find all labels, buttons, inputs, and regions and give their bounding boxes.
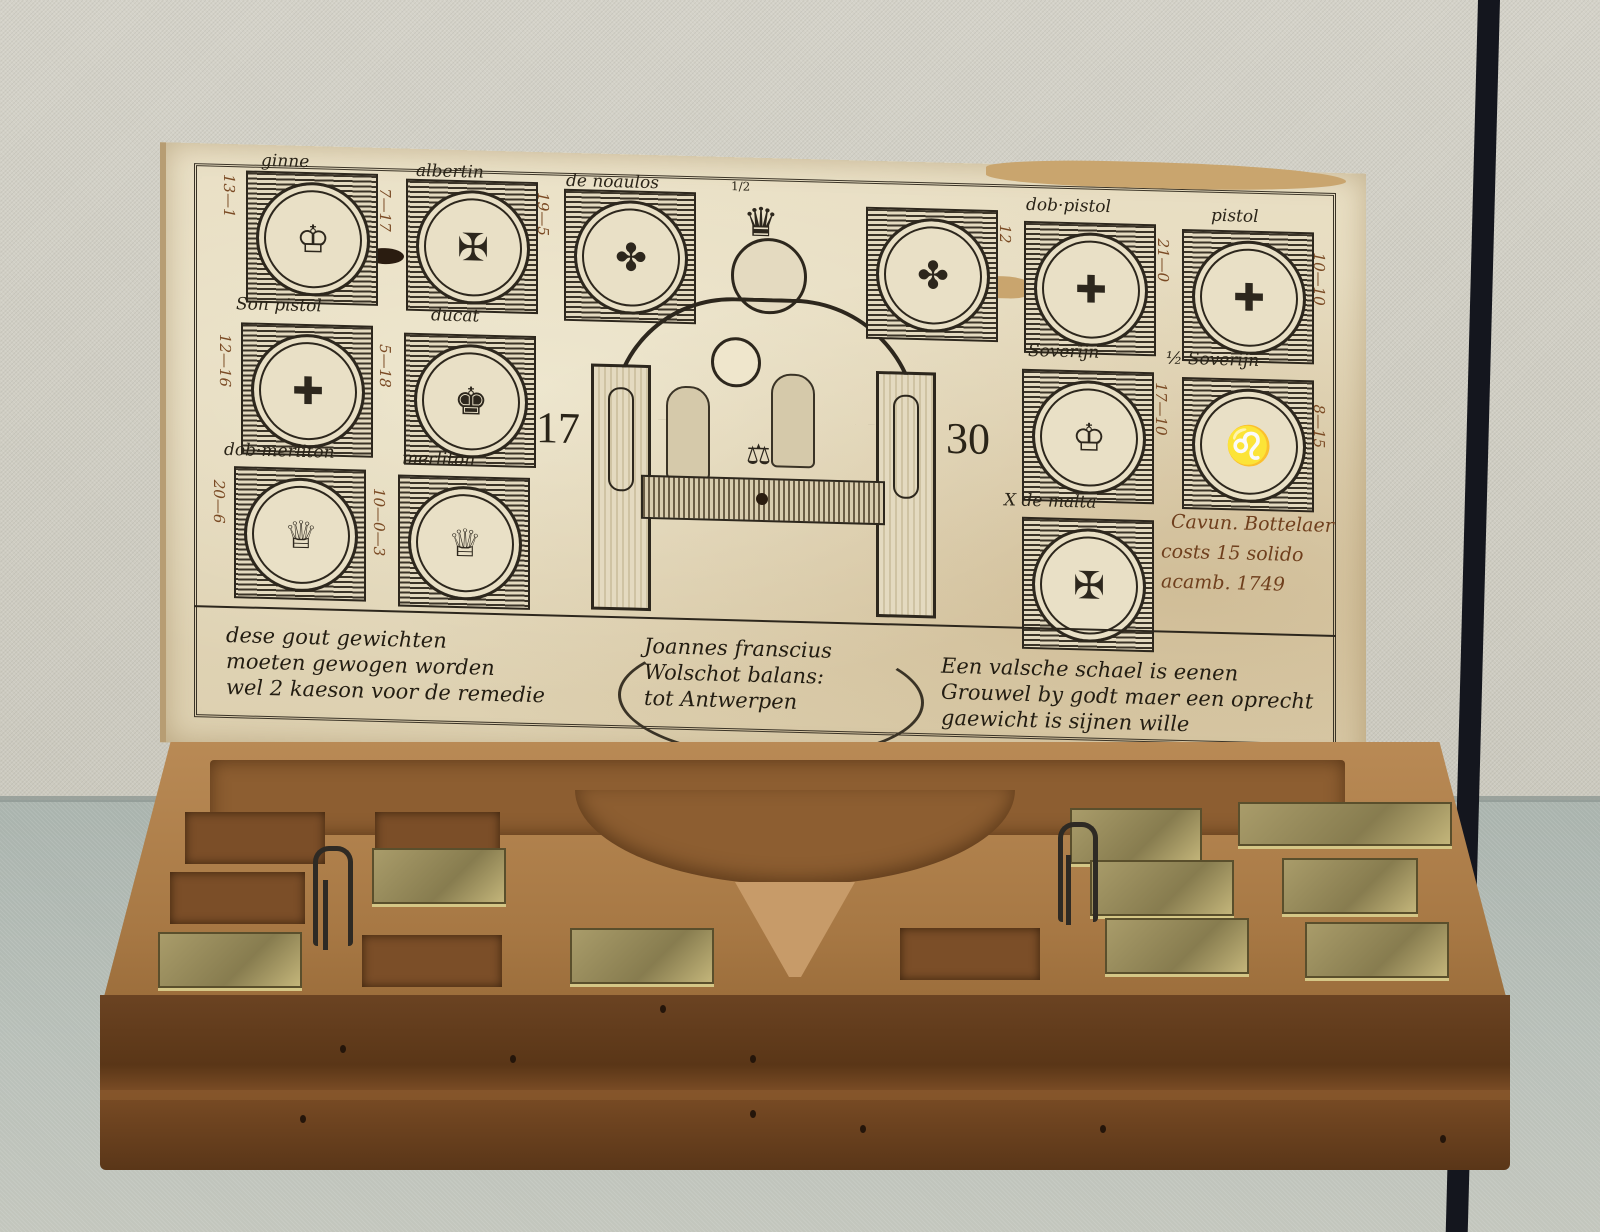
coin-label-dob-pistol: dob·pistol xyxy=(1026,195,1111,217)
wormhole xyxy=(1440,1135,1446,1143)
coin-label-son-pistol: Son pistol xyxy=(236,294,322,316)
coin-label-half-soverijn: ½ Soverijn xyxy=(1166,349,1259,371)
brass-coin-weight xyxy=(158,932,302,988)
coin-label-dob-merliton: dob·merliton xyxy=(224,440,335,463)
pin-hole xyxy=(756,493,768,505)
standing-king-coin-icon: ♚ xyxy=(414,343,528,460)
weight-note: 17—10 xyxy=(1152,382,1170,436)
coin-ginne: ♔ xyxy=(246,170,378,305)
empty-weight-slot xyxy=(185,812,325,864)
coin-ducat: ♚ xyxy=(404,333,536,468)
coin-dob-pistol: ✚ xyxy=(1024,221,1156,356)
rampant-lion-coin-icon: ♌ xyxy=(1192,387,1306,504)
coin-pistol: ✚ xyxy=(1182,229,1314,364)
coin-albertin: ✠ xyxy=(406,179,538,314)
weight-note: 12—16 xyxy=(216,334,234,388)
weight-note: 10—0—3 xyxy=(370,488,388,557)
coin-x-de-malta: ✠ xyxy=(1022,517,1154,652)
quartered-shields-coin-icon: ✤ xyxy=(876,217,990,334)
weight-note: 19—5 xyxy=(534,192,552,236)
wormhole xyxy=(1100,1125,1106,1133)
right-pillar xyxy=(876,371,936,619)
weight-note: 8—15 xyxy=(1310,404,1328,448)
scale-hook-stem xyxy=(323,880,328,950)
weight-note: 13—1 xyxy=(220,174,238,218)
coin-half-soverijn: ♌ xyxy=(1182,377,1314,512)
wormhole xyxy=(750,1055,756,1063)
maker-line: tot Antwerpen xyxy=(644,685,832,716)
wormhole xyxy=(750,1110,756,1118)
coin-label-pistol: pistol xyxy=(1211,206,1259,227)
cross-coin-icon: ✚ xyxy=(1034,231,1148,348)
brass-coin-weight xyxy=(1090,860,1234,916)
handwritten-note-line-3: acamb. 1749 xyxy=(1161,570,1285,595)
coin-merliton: ♕ xyxy=(398,474,530,609)
maltese-cross-coin-icon: ✠ xyxy=(1032,527,1146,644)
cross-coin-icon: ✚ xyxy=(1192,239,1306,356)
weight-note: 20—6 xyxy=(210,480,228,524)
handwritten-note-line-1: Cavun. Bottelaer xyxy=(1171,511,1334,537)
scale-hook-stem xyxy=(1066,855,1071,925)
maker-cartouche: Joannes franscius Wolschot balans: tot A… xyxy=(644,633,832,716)
weight-note: 12 xyxy=(996,224,1014,244)
box-front-panel xyxy=(100,995,1510,1170)
wormhole xyxy=(300,1115,306,1123)
verse-left: dese gout gewichten moeten gewogen worde… xyxy=(226,622,545,708)
scale-hook-left xyxy=(313,846,353,946)
coin-label-x-de-malta: X de malta xyxy=(1004,490,1097,512)
coin-label-merliton: merliton xyxy=(402,449,475,471)
seated-merchant-figure xyxy=(666,385,710,480)
year-right: 30 xyxy=(946,413,990,465)
coin-label-soverijn: Soverijn xyxy=(1028,341,1099,363)
weight-note: 10—10 xyxy=(1310,252,1328,306)
crowned-monogram-coin-icon: ♕ xyxy=(408,485,522,602)
crowned-portrait-coin-icon: ♔ xyxy=(1032,379,1146,496)
crowned-monogram-coin-icon: ♕ xyxy=(244,476,358,593)
wormhole xyxy=(340,1045,346,1053)
balance-scale-icon: ⚖ xyxy=(746,438,771,472)
scale-hook-right xyxy=(1058,822,1098,922)
brass-coin-weight xyxy=(1105,918,1249,974)
weight-note: 21—0 xyxy=(1154,238,1172,282)
weight-note: 7—17 xyxy=(376,188,394,232)
wormhole xyxy=(860,1125,866,1133)
wormhole xyxy=(660,1005,666,1013)
portrait-coin-icon: ♔ xyxy=(256,181,370,298)
handwritten-note-line-2: costs 15 solido xyxy=(1161,540,1303,566)
box-lid-label: ginne albertin de noaulos ♔ ✠ ✤ 13—1 7—1… xyxy=(160,142,1366,774)
coin-dob-merliton: ♕ xyxy=(234,466,366,601)
coin-son-pistol: ✚ xyxy=(241,322,373,457)
coin-de-noaulos-half: ✤ xyxy=(866,207,998,342)
front-molding xyxy=(100,1090,1510,1100)
sun-cross-coin-icon: ✚ xyxy=(251,333,365,450)
weight-note: 5—18 xyxy=(376,344,394,388)
brass-coin-weight xyxy=(570,928,714,984)
standing-merchant-figure xyxy=(771,373,815,468)
brass-coin-weight xyxy=(1305,922,1449,978)
empty-weight-slot xyxy=(170,872,305,924)
empty-weight-slot xyxy=(362,935,502,987)
brass-coin-weight xyxy=(372,848,506,904)
verse-right: Een valsche schael is eenen Grouwel by g… xyxy=(941,653,1313,741)
wormhole xyxy=(510,1055,516,1063)
brass-coin-weight xyxy=(1282,858,1418,914)
coin-soverijn: ♔ xyxy=(1022,369,1154,504)
coin-label-ducat: ducat xyxy=(431,305,479,326)
crossed-staves-coin-icon: ✠ xyxy=(416,189,530,306)
coin-label-ginne: ginne xyxy=(261,151,309,172)
half-fraction: 1/2 xyxy=(731,179,750,194)
empty-weight-slot xyxy=(900,928,1040,980)
brass-coin-weight xyxy=(1238,802,1452,846)
wall-clock-icon xyxy=(711,337,761,388)
